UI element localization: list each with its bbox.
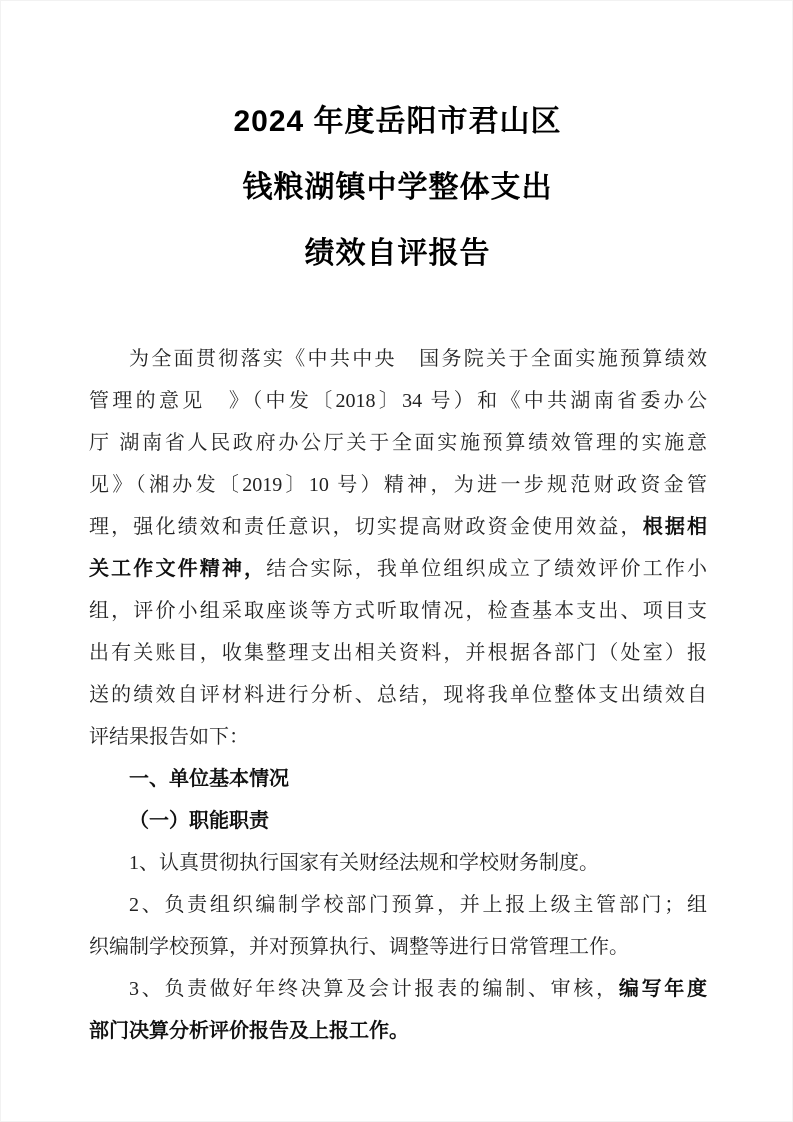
body-line: 织编制学校预算，并对预算执行、调整等进行日常管理工作。 — [89, 926, 707, 968]
report-body: 为全面贯彻落实《中共中央 国务院关于全面实施预算绩效管理的意见 》（中发〔201… — [89, 338, 707, 1052]
bold-text-segment: （一）职能职责 — [129, 810, 269, 832]
bold-text-segment: 根据相 — [643, 516, 707, 538]
text-segment: 出有关账目，收集整理支出相关资料，并根据各部门（处室）报 — [89, 642, 707, 664]
text-segment: 见》（湘办发〔2019〕10 号）精神，为进一步规范财政资金管 — [89, 474, 707, 496]
body-line: 2、负责组织编制学校部门预算，并上报上级主管部门；组 — [89, 884, 707, 926]
report-title-line-2: 钱粮湖镇中学整体支出 — [1, 155, 793, 221]
body-line: 1、认真贯彻执行国家有关财经法规和学校财务制度。 — [89, 842, 707, 884]
text-segment: 管理的意见 》（中发〔2018〕34 号）和《中共湖南省委办公 — [89, 390, 707, 412]
body-line: 组，评价小组采取座谈等方式听取情况，检查基本支出、项目支 — [89, 590, 707, 632]
text-segment: 评结果报告如下： — [89, 726, 249, 748]
body-line: 关工作文件精神，结合实际，我单位组织成立了绩效评价工作小 — [89, 548, 707, 590]
body-line: 见》（湘办发〔2019〕10 号）精神，为进一步规范财政资金管 — [89, 464, 707, 506]
body-line: 管理的意见 》（中发〔2018〕34 号）和《中共湖南省委办公 — [89, 380, 707, 422]
bold-text-segment: 一、单位基本情况 — [129, 768, 289, 790]
body-line: 厅 湖南省人民政府办公厅关于全面实施预算绩效管理的实施意 — [89, 422, 707, 464]
text-segment: 织编制学校预算，并对预算执行、调整等进行日常管理工作。 — [89, 936, 629, 958]
body-line: 部门决算分析评价报告及上报工作。 — [89, 1010, 707, 1052]
body-line: 评结果报告如下： — [89, 716, 707, 758]
text-segment: 1、认真贯彻执行国家有关财经法规和学校财务制度。 — [129, 852, 599, 874]
body-line: 出有关账目，收集整理支出相关资料，并根据各部门（处室）报 — [89, 632, 707, 674]
text-segment: 组，评价小组采取座谈等方式听取情况，检查基本支出、项目支 — [89, 600, 707, 622]
section-heading: （一）职能职责 — [89, 800, 707, 842]
bold-text-segment: 编写年度 — [619, 978, 707, 1000]
text-segment: 2、负责组织编制学校部门预算，并上报上级主管部门；组 — [129, 894, 707, 916]
text-segment: 送的绩效自评材料进行分析、总结，现将我单位整体支出绩效自 — [89, 684, 707, 706]
text-segment: 理，强化绩效和责任意识，切实提高财政资金使用效益， — [89, 516, 643, 538]
text-segment: 为全面贯彻落实《中共中央 国务院关于全面实施预算绩效 — [129, 348, 707, 370]
text-segment: 厅 湖南省人民政府办公厅关于全面实施预算绩效管理的实施意 — [89, 432, 707, 454]
document-page: 2024 年度岳阳市君山区 钱粮湖镇中学整体支出 绩效自评报告 为全面贯彻落实《… — [0, 0, 793, 1122]
report-title-line-3: 绩效自评报告 — [1, 221, 793, 287]
report-title-line-1: 2024 年度岳阳市君山区 — [1, 89, 793, 155]
text-segment: 3、负责做好年终决算及会计报表的编制、审核， — [129, 978, 619, 1000]
body-line: 为全面贯彻落实《中共中央 国务院关于全面实施预算绩效 — [89, 338, 707, 380]
body-line: 理，强化绩效和责任意识，切实提高财政资金使用效益，根据相 — [89, 506, 707, 548]
report-title: 2024 年度岳阳市君山区 钱粮湖镇中学整体支出 绩效自评报告 — [1, 89, 793, 287]
text-segment: 结合实际，我单位组织成立了绩效评价工作小 — [266, 558, 707, 580]
body-line: 3、负责做好年终决算及会计报表的编制、审核，编写年度 — [89, 968, 707, 1010]
bold-text-segment: 关工作文件精神， — [89, 558, 266, 580]
bold-text-segment: 部门决算分析评价报告及上报工作。 — [89, 1020, 409, 1042]
body-line: 送的绩效自评材料进行分析、总结，现将我单位整体支出绩效自 — [89, 674, 707, 716]
section-heading: 一、单位基本情况 — [89, 758, 707, 800]
